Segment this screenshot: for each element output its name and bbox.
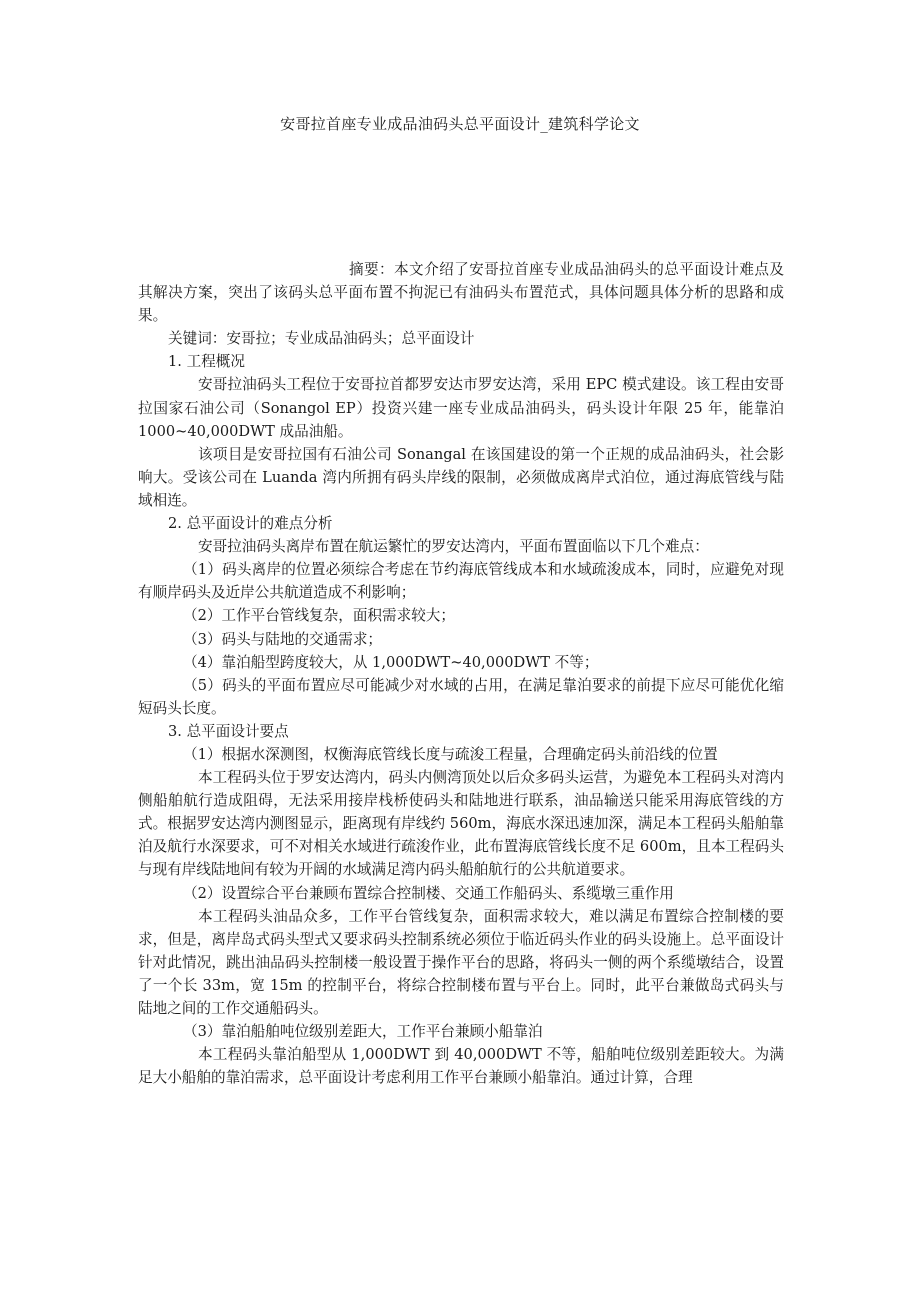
subheading: （3）靠泊船舶吨位级别差距大，工作平台兼顾小船靠泊 <box>138 1020 784 1043</box>
list-item: （3）码头与陆地的交通需求； <box>138 628 784 651</box>
section-heading-2: 2. 总平面设计的难点分析 <box>138 512 784 535</box>
list-item: （2）工作平台管线复杂，面积需求较大； <box>138 604 784 627</box>
paragraph: 本工程码头靠泊船型从 1,000DWT 到 40,000DWT 不等，船舶吨位级… <box>138 1043 784 1089</box>
list-item: （4）靠泊船型跨度较大，从 1,000DWT~40,000DWT 不等； <box>138 651 784 674</box>
paragraph: 本工程码头油品众多，工作平台管线复杂，面积需求较大，难以满足布置综合控制楼的要求… <box>138 905 784 1020</box>
paragraph: 本工程码头位于罗安达湾内，码头内侧湾顶处以后众多码头运营，为避免本工程码头对湾内… <box>138 766 784 881</box>
list-item: （5）码头的平面布置应尽可能减少对水域的占用，在满足靠泊要求的前提下应尽可能优化… <box>138 674 784 720</box>
paragraph: 安哥拉油码头工程位于安哥拉首都罗安达市罗安达湾，采用 EPC 模式建设。该工程由… <box>138 373 784 442</box>
paragraph: 安哥拉油码头离岸布置在航运繁忙的罗安达湾内，平面布置面临以下几个难点： <box>138 535 784 558</box>
subheading: （1）根据水深测图，权衡海底管线长度与疏浚工程量，合理确定码头前沿线的位置 <box>138 743 784 766</box>
list-item: （1）码头离岸的位置必须综合考虑在节约海底管线成本和水域疏浚成本，同时，应避免对… <box>138 558 784 604</box>
subheading: （2）设置综合平台兼顾布置综合控制楼、交通工作船码头、系缆墩三重作用 <box>138 882 784 905</box>
document-body: 摘要：本文介绍了安哥拉首座专业成品油码头的总平面设计难点及其解决方案，突出了该码… <box>138 258 784 1089</box>
section-heading-1: 1. 工程概况 <box>138 350 784 373</box>
document-title: 安哥拉首座专业成品油码头总平面设计_建筑科学论文 <box>0 113 920 134</box>
keywords: 关键词：安哥拉；专业成品油码头；总平面设计 <box>138 327 784 350</box>
abstract: 摘要：本文介绍了安哥拉首座专业成品油码头的总平面设计难点及其解决方案，突出了该码… <box>138 258 784 327</box>
paragraph: 该项目是安哥拉国有石油公司 Sonangal 在该国建设的第一个正规的成品油码头… <box>138 443 784 512</box>
section-heading-3: 3. 总平面设计要点 <box>138 720 784 743</box>
